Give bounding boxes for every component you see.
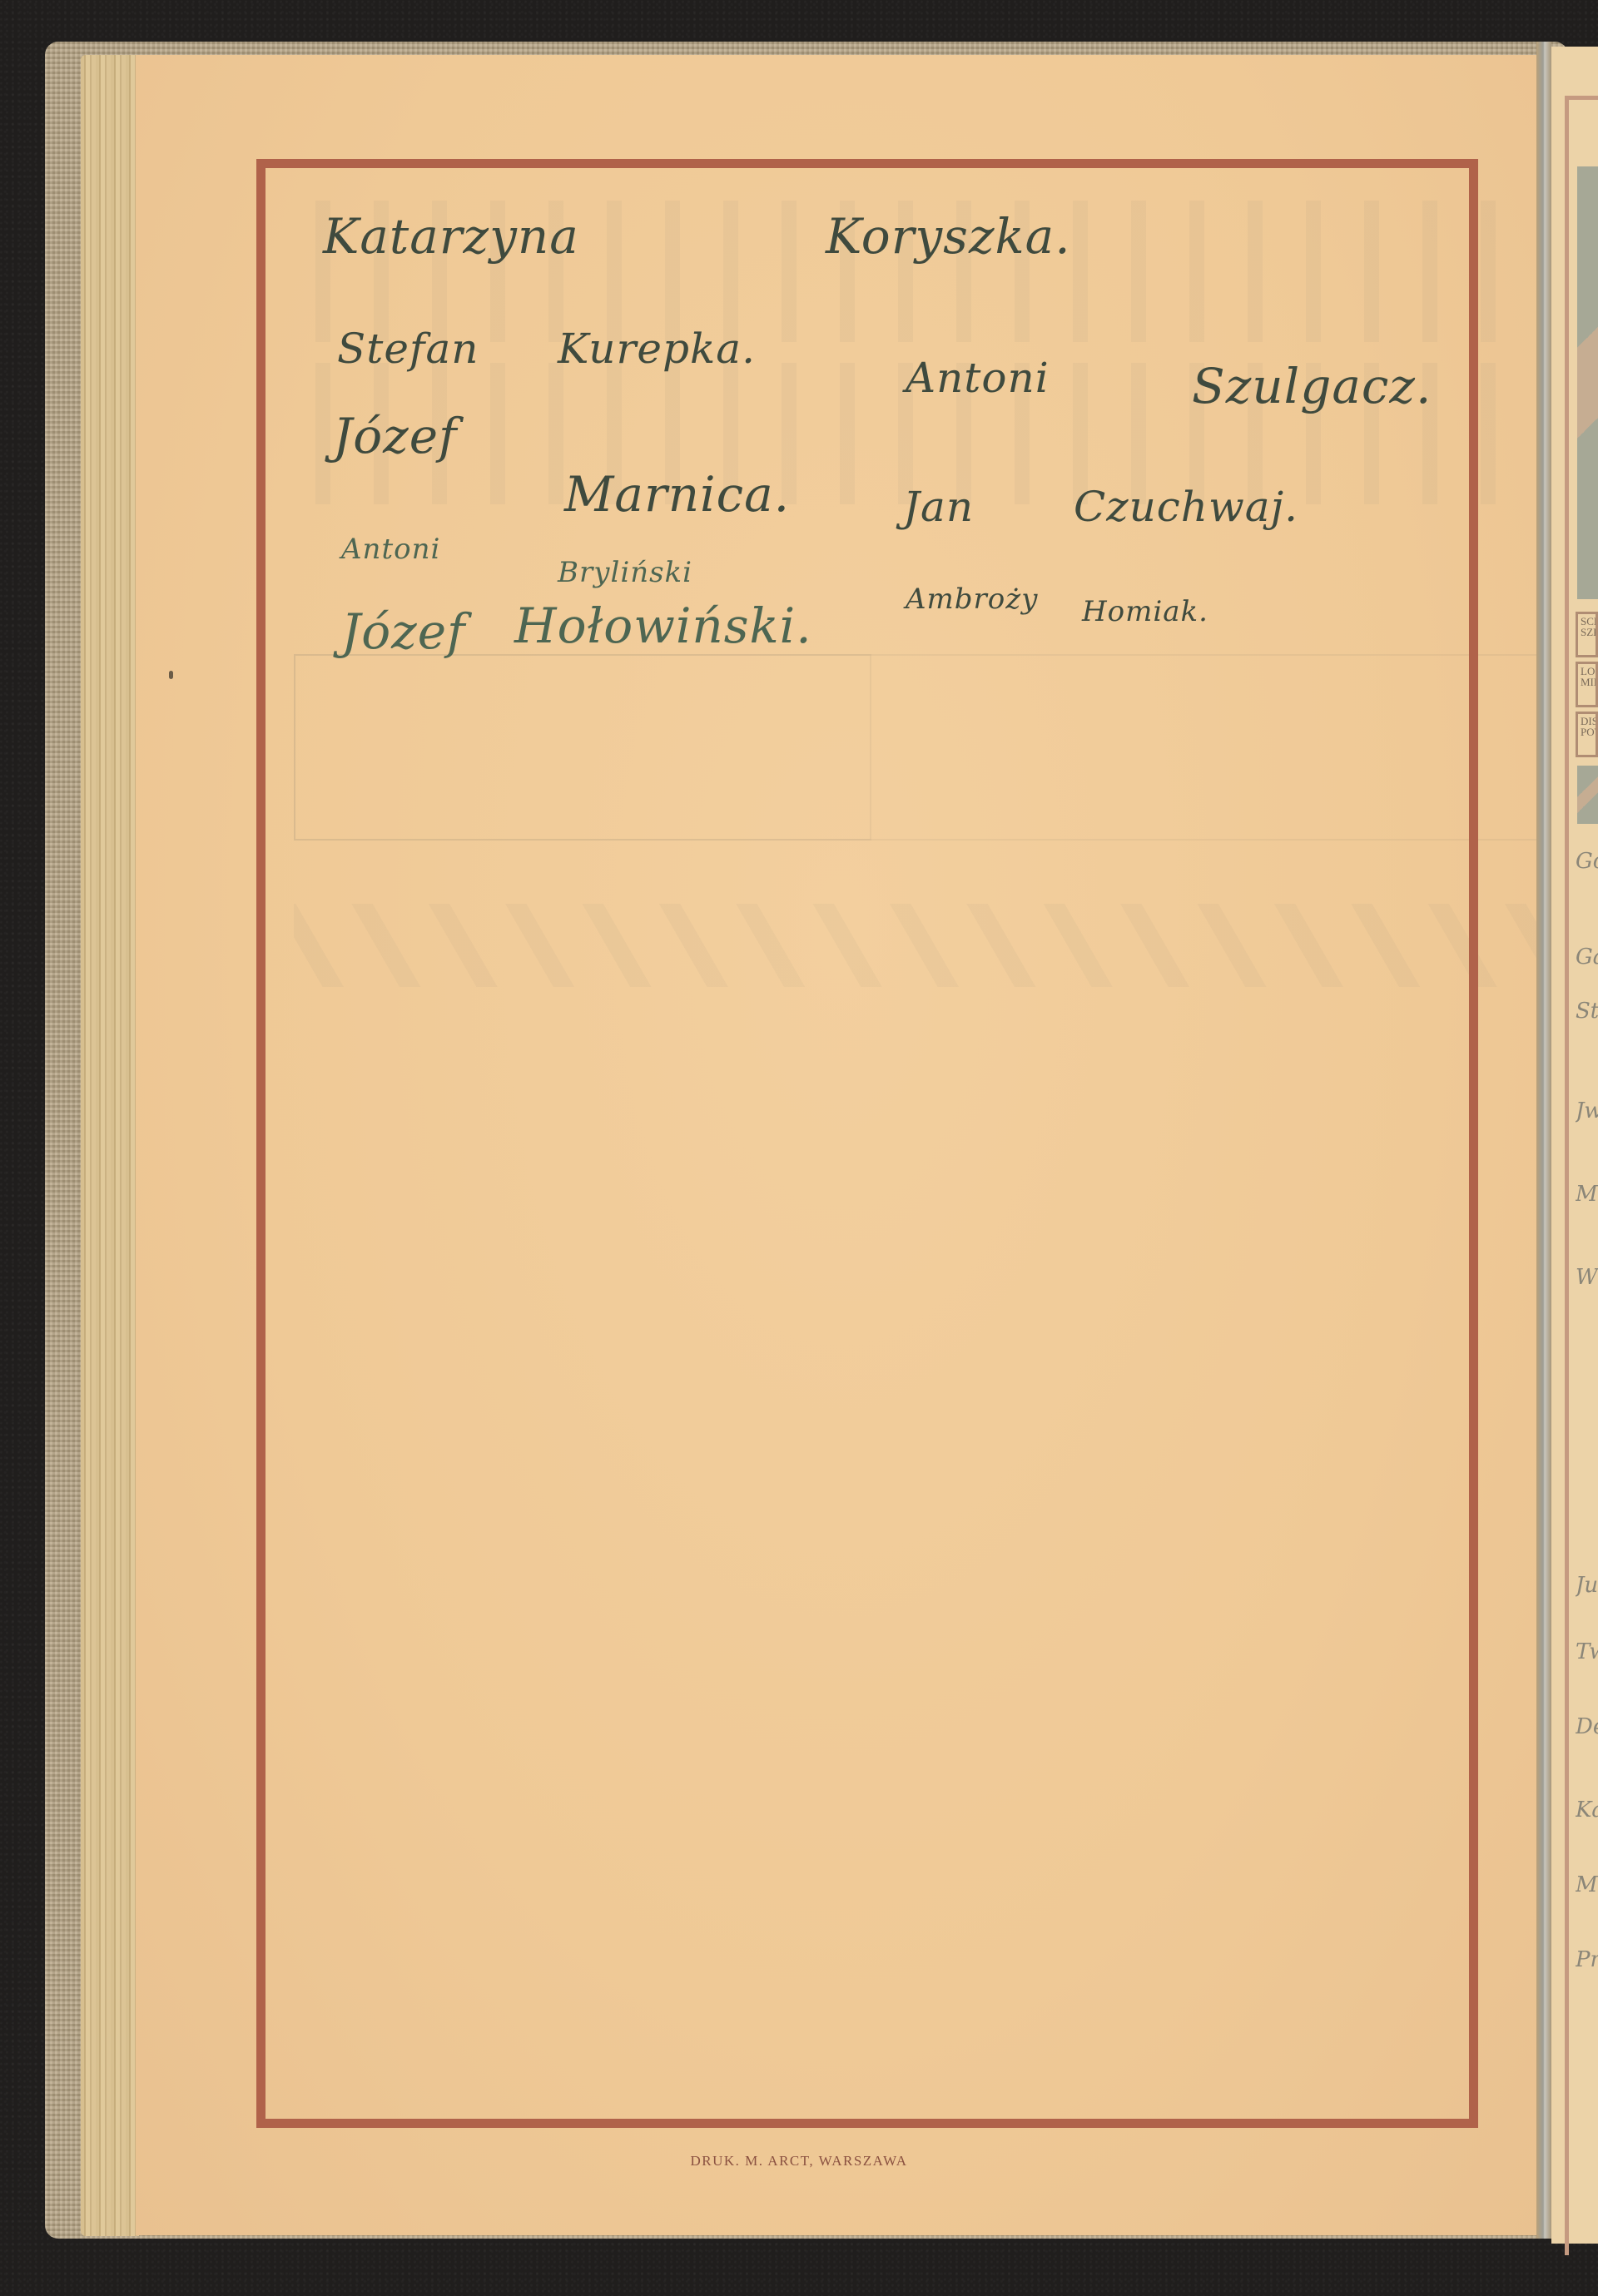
signature-first-name: Antoni: [906, 354, 1050, 402]
signature-last-name: Marnica.: [564, 466, 790, 523]
facing-page-ornament: [1577, 166, 1598, 599]
facing-page-handwriting: Wi: [1576, 1265, 1598, 1290]
facing-page-label: SCHO SZKO: [1576, 612, 1598, 657]
signature-first-name: Stefan: [337, 325, 479, 373]
facing-page-label: LOCA MIEJS: [1576, 662, 1598, 707]
facing-page-handwriting: Tw: [1576, 1639, 1598, 1664]
signature-first-name: Jan: [903, 483, 974, 531]
signature-first-name: Antoni: [341, 533, 440, 566]
facing-page-handwriting: Stan: [1576, 999, 1598, 1024]
signature-last-name: Czuchwaj.: [1074, 483, 1298, 531]
book-gutter: [1536, 42, 1551, 2239]
signature-last-name: Hołowiński.: [514, 598, 812, 654]
facing-page-handwriting: Ka: [1576, 1798, 1598, 1822]
signature-last-name: Koryszka.: [826, 208, 1071, 265]
facing-page-handwriting: Gołęp: [1576, 849, 1598, 874]
printer-imprint: DRUK. M. ARCT, WARSZAWA: [0, 2153, 1598, 2170]
facing-page-handwriting: Ju: [1576, 1573, 1598, 1598]
page-stack-edges: [81, 55, 139, 2236]
signature-last-name: Homiak.: [1082, 595, 1208, 628]
signature-first-name: Ambroży: [906, 583, 1038, 616]
signature-last-name: Bryliński: [558, 556, 692, 589]
facing-page-handwriting: De: [1576, 1714, 1598, 1739]
signature-last-name: Kurepka.: [558, 325, 756, 373]
facing-page-handwriting: M: [1576, 1872, 1598, 1897]
facing-page-handwriting: M: [1576, 1182, 1598, 1207]
signature-first-name: Józef: [333, 408, 458, 464]
facing-page-handwriting: Pr: [1576, 1947, 1598, 1972]
facing-page-ornament: [1577, 766, 1598, 824]
ink-spot: [169, 671, 173, 679]
signature-first-name: Katarzyna: [323, 208, 579, 265]
facing-page-handwriting: Jw: [1576, 1098, 1598, 1123]
facing-page-label: DISTR POWI: [1576, 712, 1598, 757]
facing-page-handwriting: Gad: [1576, 945, 1598, 969]
signature-last-name: Szulgacz.: [1192, 358, 1432, 414]
signature-first-name: Józef: [341, 603, 466, 660]
